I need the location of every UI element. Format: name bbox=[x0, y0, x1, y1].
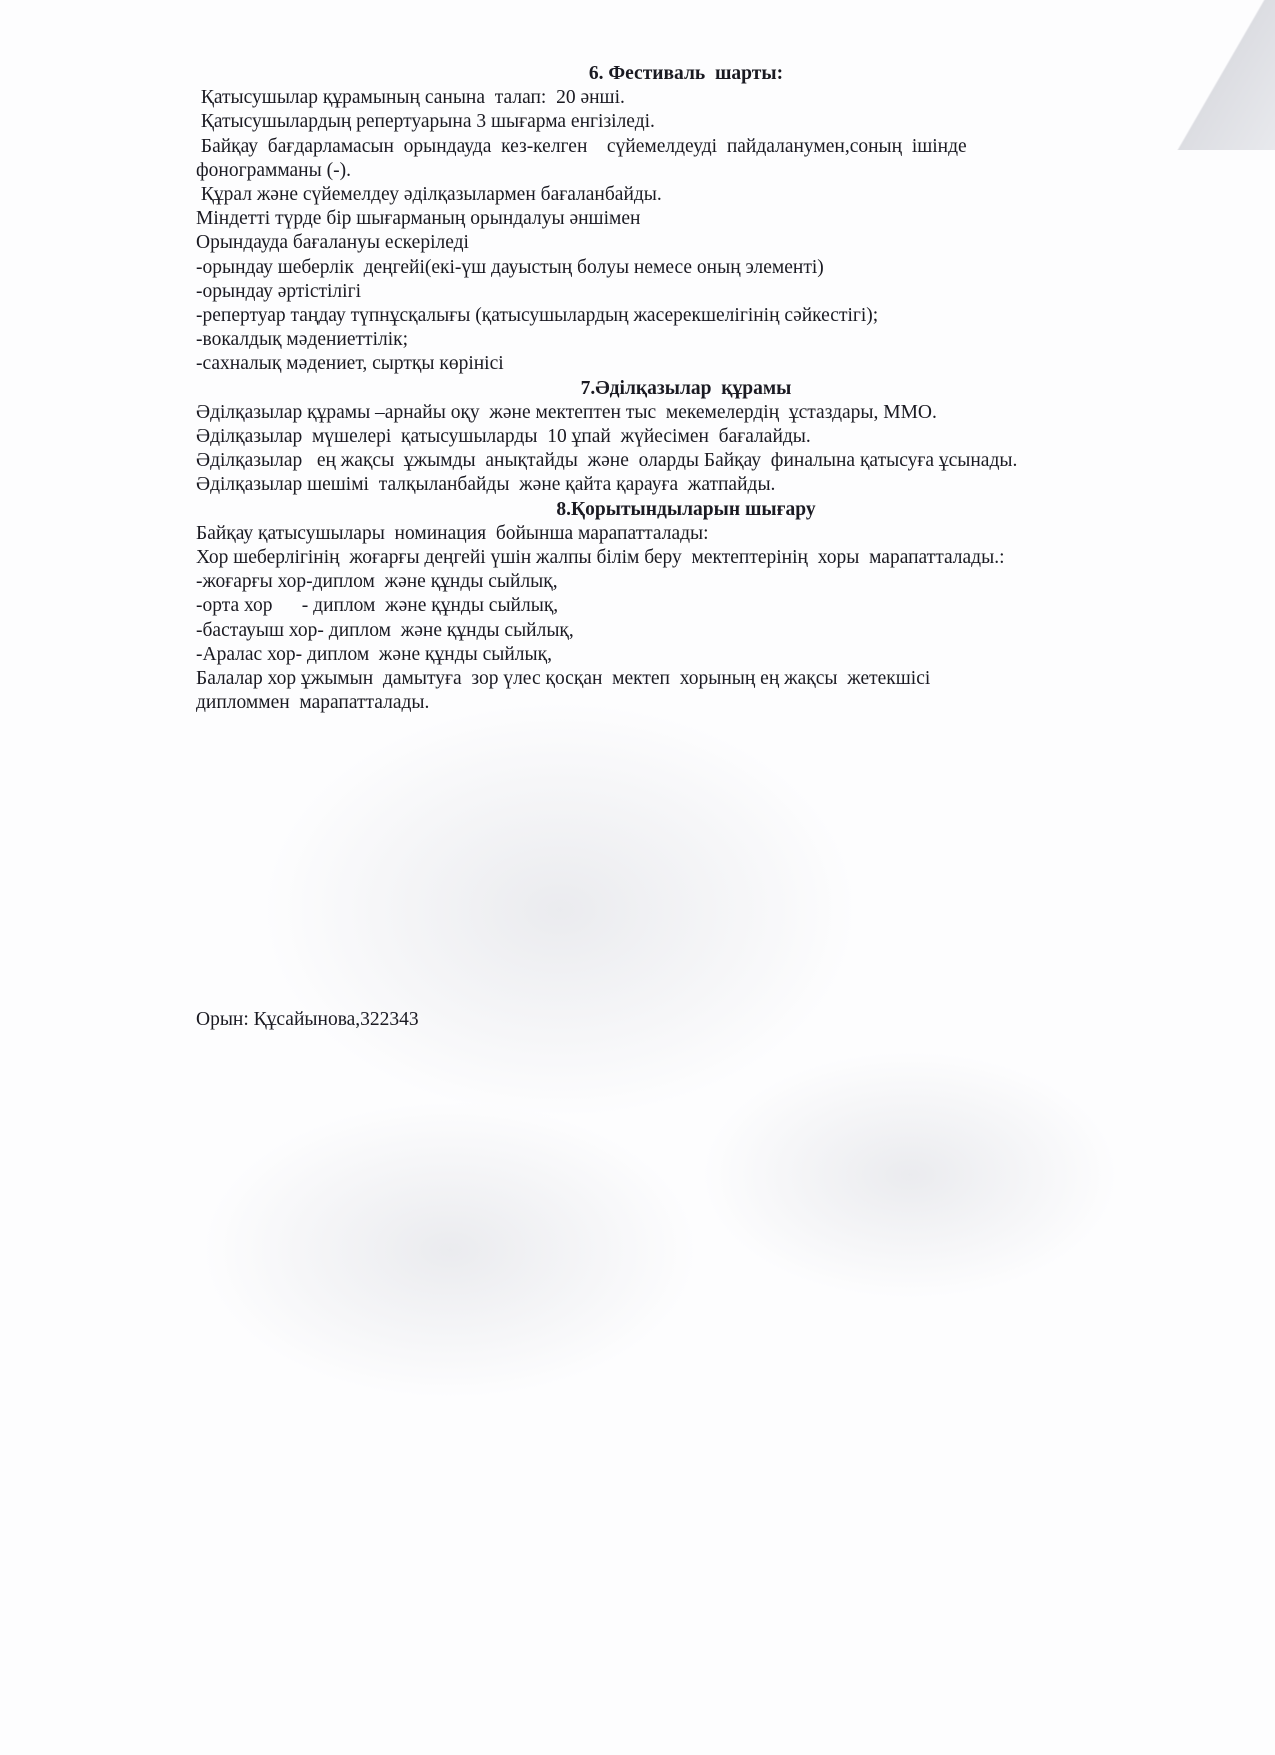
document-page: 6. Фестиваль шарты: Қатысушылар құрамыны… bbox=[196, 62, 1176, 715]
award-item: -Аралас хор- диплом және құнды сыйлық, bbox=[196, 643, 1176, 667]
paragraph-line: Байқау қатысушылары номинация бойынша ма… bbox=[196, 522, 1176, 546]
criteria-item: -орындау әртістілігі bbox=[196, 280, 1176, 304]
award-item: -бастауыш хор- диплом және құнды сыйлық, bbox=[196, 619, 1176, 643]
paragraph-line: дипломмен марапатталады. bbox=[196, 691, 1176, 715]
paragraph-line: Әділқазылар құрамы –арнайы оқу және мект… bbox=[196, 401, 1176, 425]
bleed-through-shade bbox=[700, 1050, 1120, 1300]
paragraph-line: Әділқазылар мүшелері қатысушыларды 10 ұп… bbox=[196, 425, 1176, 449]
award-item: -жоғарғы хор-диплом және құнды сыйлық, bbox=[196, 570, 1176, 594]
paragraph-line: Қатысушылар құрамының санына талап: 20 ә… bbox=[196, 86, 1176, 110]
criteria-item: -орындау шеберлік деңгейі(екі-үш дауысты… bbox=[196, 256, 1176, 280]
paragraph-line: Әділқазылар шешімі талқыланбайды және қа… bbox=[196, 473, 1176, 497]
paragraph-line: фонограмманы (-). bbox=[196, 159, 1176, 183]
paragraph-line: Қатысушылардың репертуарына 3 шығарма ен… bbox=[196, 110, 1176, 134]
scan-corner-fold bbox=[1165, 0, 1275, 150]
criteria-item: -репертуар таңдау түпнұсқалығы (қатысушы… bbox=[196, 304, 1176, 328]
paragraph-line: Міндетті түрде бір шығарманың орындалуы … bbox=[196, 207, 1176, 231]
bleed-through-shade bbox=[260, 700, 860, 1120]
criteria-item: -сахналық мәдениет, сыртқы көрінісі bbox=[196, 352, 1176, 376]
bleed-through-shade bbox=[200, 1100, 700, 1400]
paragraph-line: Әділқазылар ең жақсы ұжымды анықтайды жә… bbox=[196, 449, 1176, 473]
section-8-body: Байқау қатысушылары номинация бойынша ма… bbox=[196, 522, 1176, 716]
section-7-heading: 7.Әділқазылар құрамы bbox=[196, 377, 1176, 401]
section-6-body: Қатысушылар құрамының санына талап: 20 ә… bbox=[196, 86, 1176, 376]
paragraph-line: Құрал және сүйемелдеу әділқазылармен бағ… bbox=[196, 183, 1176, 207]
paragraph-line: Орындауда бағалануы ескеріледі bbox=[196, 231, 1176, 255]
paragraph-line: Балалар хор ұжымын дамытуға зор үлес қос… bbox=[196, 667, 1176, 691]
paragraph-line: Хор шеберлігінің жоғарғы деңгейі үшін жа… bbox=[196, 546, 1176, 570]
criteria-item: -вокалдық мәдениеттілік; bbox=[196, 328, 1176, 352]
signature-line: Орын: Құсайынова,322343 bbox=[196, 1008, 419, 1032]
paragraph-line: Байқау бағдарламасын орындауда кез-келге… bbox=[196, 135, 1176, 159]
section-8-heading: 8.Қорытындыларын шығару bbox=[196, 498, 1176, 522]
section-6-heading: 6. Фестиваль шарты: bbox=[196, 62, 1176, 86]
award-item: -орта хор - диплом және құнды сыйлық, bbox=[196, 594, 1176, 618]
section-7-body: Әділқазылар құрамы –арнайы оқу және мект… bbox=[196, 401, 1176, 498]
